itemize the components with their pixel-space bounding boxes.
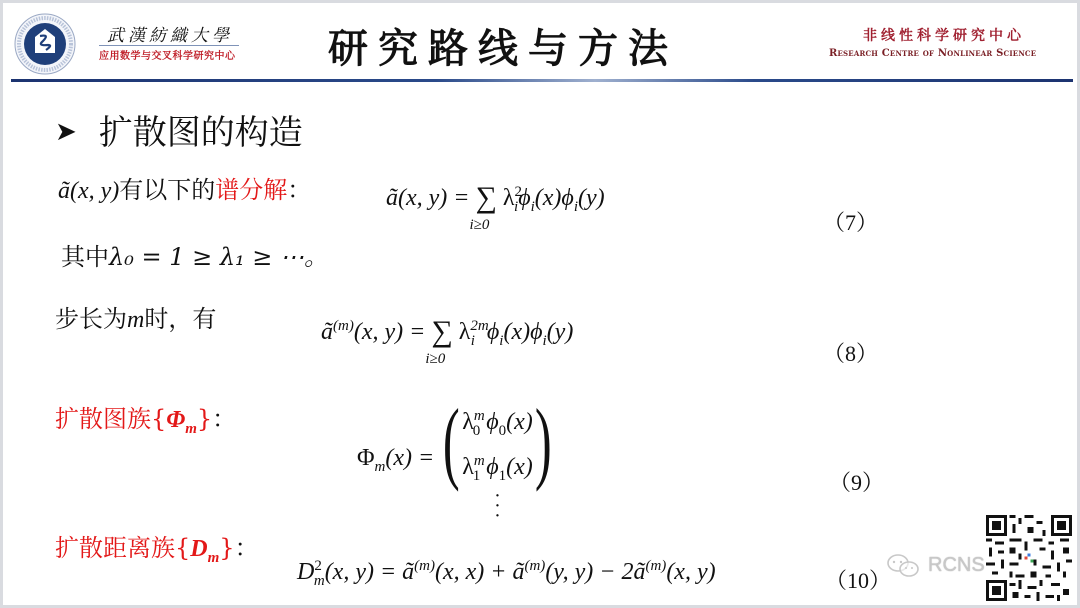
research-centre-cn: 非线性科学研究中心 — [863, 25, 1025, 45]
header-divider — [11, 79, 1073, 82]
section-heading: ➤扩散图的构造 — [55, 105, 303, 154]
diffusion-map-label: 扩散图族{Φm}： — [55, 399, 236, 438]
eq7-lhs: ã(x, y) = — [386, 185, 469, 211]
step-prefix: 步长为 — [55, 305, 127, 333]
where-prefix: 其中 — [61, 243, 109, 271]
spectral-text: ã(x, y)有以下的谱分解： — [58, 170, 311, 205]
equation-8: ã(m)(x, y) = ∑i≥0 λ2mi ϕi(x)ϕi(y) — [321, 315, 573, 350]
spectral-text-before: 有以下的 — [119, 176, 215, 204]
equation-9: Φm(x) = ( λm0 ϕ0(x) λm1 ϕ1(x) ··· ) — [357, 401, 547, 521]
research-centre-en: Research Centre of Nonlinear Science — [829, 48, 1036, 59]
eq8-a-tilde: ã — [321, 319, 333, 345]
step-var: m — [127, 307, 144, 333]
step-text: 步长为m时，有 — [55, 299, 216, 334]
qr-code-icon[interactable] — [986, 515, 1072, 601]
equation-number-10: （10） — [825, 564, 891, 595]
university-underline — [99, 45, 239, 46]
eq8-sum-index: i≥0 — [425, 351, 445, 368]
eq7-sum-index: i≥0 — [469, 217, 489, 234]
a-tilde-fn: ã(x, y) — [58, 178, 119, 204]
arrow-bullet-icon: ➤ — [55, 116, 77, 147]
section-heading-text: 扩散图的构造 — [99, 113, 303, 153]
spectral-highlight: 谱分解 — [215, 176, 287, 204]
summation-icon: ∑i≥0 — [431, 315, 452, 349]
university-logo-icon — [13, 7, 77, 81]
equation-number-9: （9） — [829, 466, 884, 497]
spectral-colon: ： — [287, 176, 311, 204]
right-paren-icon: ) — [535, 395, 552, 487]
wechat-icon — [885, 553, 923, 579]
diffusion-map-vector: ( λm0 ϕ0(x) λm1 ϕ1(x) ··· ) — [448, 401, 547, 521]
left-paren-icon: ( — [443, 395, 460, 487]
vertical-ellipsis: ··· — [462, 491, 533, 521]
equation-number-8: （8） — [823, 337, 878, 368]
step-suffix: 时，有 — [144, 305, 216, 333]
eigenvalue-order-text: 其中λ₀ = 1 ≥ λ₁ ≥ ⋯。 — [61, 237, 328, 272]
summation-icon: ∑i≥0 — [475, 181, 496, 215]
center-name: 应用数学与交叉科学研究中心 — [99, 47, 236, 62]
equation-number-7: （7） — [823, 206, 878, 237]
diffusion-distance-label: 扩散距离族{Dm}： — [55, 528, 259, 567]
eigenvalue-order-expr: λ₀ = 1 ≥ λ₁ ≥ ⋯。 — [109, 243, 328, 271]
equation-7: ã(x, y) = ∑i≥0 λ2iϕi(x)ϕi(y) — [386, 181, 605, 216]
slide-title: 研究路线与方法 — [328, 17, 678, 74]
equation-10: D2m(x, y) = ã(m)(x, x) + ã(m)(y, y) − 2ã… — [297, 558, 716, 590]
university-name: 武漢紡織大學 — [107, 21, 233, 46]
slide: 武漢紡織大學 应用数学与交叉科学研究中心 研究路线与方法 非线性科学研究中心 R… — [3, 3, 1077, 605]
